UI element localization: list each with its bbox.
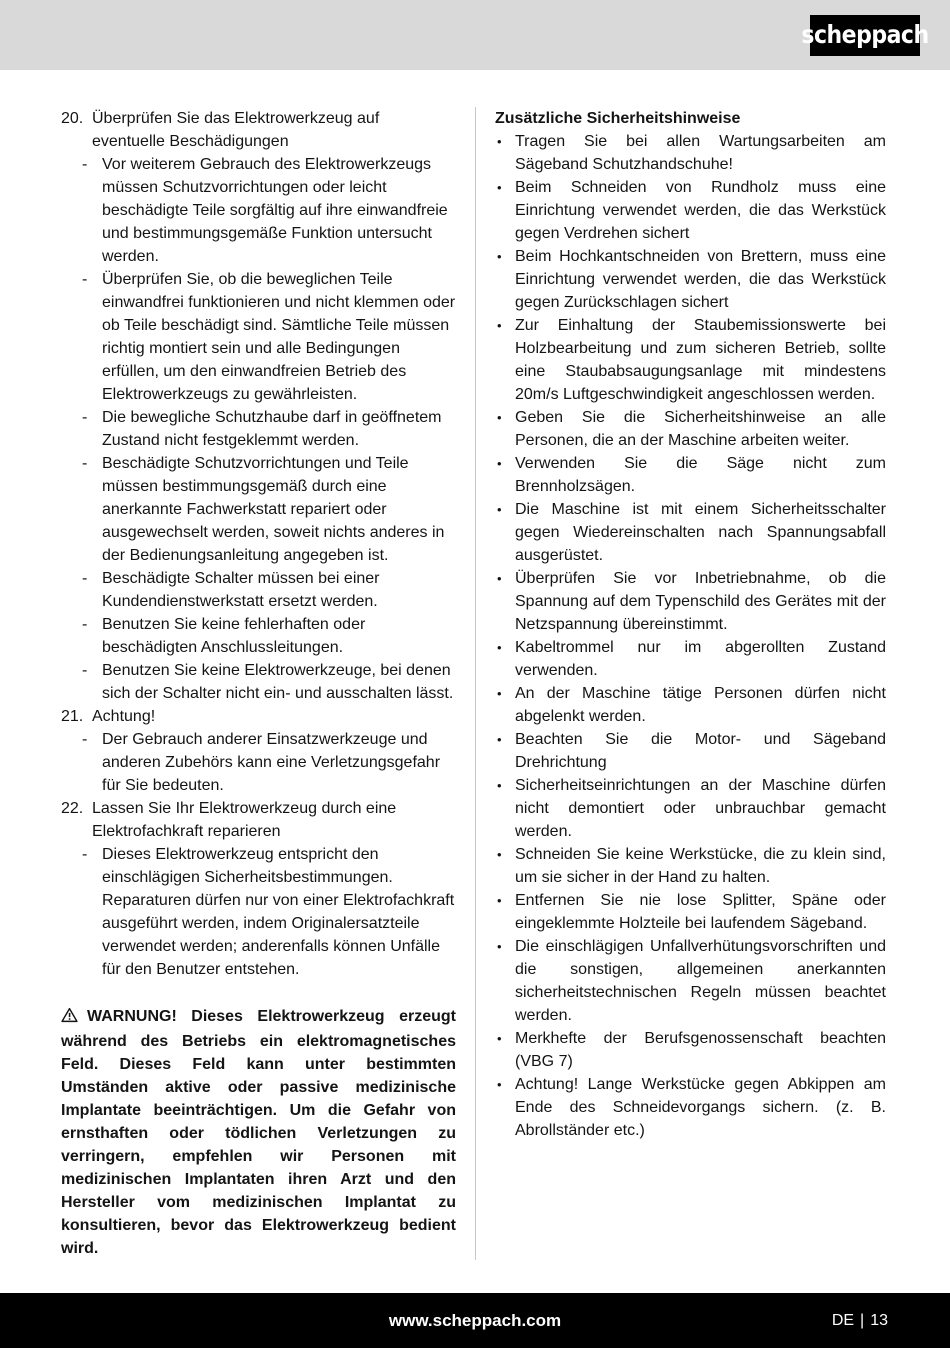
bullet-marker: •	[495, 774, 515, 843]
bullet-item: •Überprüfen Sie vor Inbetriebnahme, ob d…	[495, 567, 886, 636]
warning-text: WARNUNG! Dieses Elektrowerkzeug erzeugt …	[61, 1008, 456, 1257]
bullet-item: •Tragen Sie bei allen Wartungsarbeiten a…	[495, 130, 886, 176]
sub-item: -Beschädigte Schutzvorrichtungen und Tei…	[82, 452, 456, 567]
sub-item: -Überprüfen Sie, ob die beweglichen Teil…	[82, 268, 456, 406]
footer-page-indicator: DE | 13	[832, 1293, 888, 1348]
bullet-marker: •	[495, 728, 515, 774]
dash-marker: -	[82, 728, 102, 797]
sub-item-text: Benutzen Sie keine Elektrowerkzeuge, bei…	[102, 659, 456, 705]
sub-item-text: Benutzen Sie keine fehlerhaften oder bes…	[102, 613, 456, 659]
sub-item: -Vor weiterem Gebrauch des Elektrowerkze…	[82, 153, 456, 268]
numbered-item-row: 22.Lassen Sie Ihr Elektrowerkzeug durch …	[61, 797, 456, 843]
bullet-list: •Tragen Sie bei allen Wartungsarbeiten a…	[495, 130, 886, 1142]
sub-item-text: Dieses Elektrowerkzeug entspricht den ei…	[102, 843, 456, 981]
bullet-item: •Achtung! Lange Werkstücke gegen Abkippe…	[495, 1073, 886, 1142]
numbered-item-row: 20.Überprüfen Sie das Elektrowerkzeug au…	[61, 107, 456, 153]
dash-marker: -	[82, 452, 102, 567]
sub-item-text: Die bewegliche Schutzhaube darf in geöff…	[102, 406, 456, 452]
bullet-item: •Merkhefte der Berufsgenossenschaft beac…	[495, 1027, 886, 1073]
bullet-item: •An der Maschine tätige Personen dürfen …	[495, 682, 886, 728]
sub-item: -Beschädigte Schalter müssen bei einer K…	[82, 567, 456, 613]
warning-triangle-icon	[61, 1007, 78, 1030]
sub-item: -Dieses Elektrowerkzeug entspricht den e…	[82, 843, 456, 981]
bullet-text: Beachten Sie die Motor- und Sägeband Dre…	[515, 728, 886, 774]
bullet-marker: •	[495, 130, 515, 176]
scheppach-logo-text: scheppach	[801, 21, 928, 50]
bullet-item: •Sicherheitseinrichtungen an der Maschin…	[495, 774, 886, 843]
bullet-text: Geben Sie die Sicherheitshinweise an all…	[515, 406, 886, 452]
manual-page: scheppach 20.Überprüfen Sie das Elektrow…	[0, 0, 950, 1348]
bullet-text: Verwenden Sie die Säge nicht zum Brennho…	[515, 452, 886, 498]
bullet-text: Schneiden Sie keine Werkstücke, die zu k…	[515, 843, 886, 889]
bullet-marker: •	[495, 889, 515, 935]
bullet-marker: •	[495, 498, 515, 567]
sub-item: -Benutzen Sie keine Elektrowerkzeuge, be…	[82, 659, 456, 705]
footer-bar: www.scheppach.com DE | 13	[0, 1293, 950, 1348]
bullet-text: Überprüfen Sie vor Inbetriebnahme, ob di…	[515, 567, 886, 636]
sub-item: -Benutzen Sie keine fehlerhaften oder be…	[82, 613, 456, 659]
bullet-marker: •	[495, 935, 515, 1027]
bullet-item: •Die Maschine ist mit einem Sicherheitss…	[495, 498, 886, 567]
bullet-marker: •	[495, 452, 515, 498]
dash-marker: -	[82, 613, 102, 659]
bullet-text: Tragen Sie bei allen Wartungsarbeiten am…	[515, 130, 886, 176]
footer-separator: |	[860, 1312, 864, 1330]
numbered-item: 20.Überprüfen Sie das Elektrowerkzeug au…	[61, 107, 456, 705]
bullet-item: •Beim Schneiden von Rundholz muss eine E…	[495, 176, 886, 245]
sub-item-text: Überprüfen Sie, ob die beweglichen Teile…	[102, 268, 456, 406]
left-column: 20.Überprüfen Sie das Elektrowerkzeug au…	[61, 107, 456, 1260]
bullet-text: Die einschlägigen Unfallverhütungsvorsch…	[515, 935, 886, 1027]
dash-marker: -	[82, 567, 102, 613]
sub-item-text: Der Gebrauch anderer Einsatzwerkzeuge un…	[102, 728, 456, 797]
bullet-text: Achtung! Lange Werkstücke gegen Abkippen…	[515, 1073, 886, 1142]
bullet-marker: •	[495, 245, 515, 314]
warning-paragraph: WARNUNG! Dieses Elektrowerkzeug erzeugt …	[61, 1005, 456, 1260]
numbered-list: 20.Überprüfen Sie das Elektrowerkzeug au…	[61, 107, 456, 981]
bullet-text: Beim Schneiden von Rundholz muss eine Ei…	[515, 176, 886, 245]
dash-marker: -	[82, 843, 102, 981]
dash-marker: -	[82, 659, 102, 705]
item-number: 20.	[61, 107, 92, 153]
bullet-item: •Schneiden Sie keine Werkstücke, die zu …	[495, 843, 886, 889]
bullet-text: Zur Einhaltung der Staubemissionswerte b…	[515, 314, 886, 406]
bullet-text: Sicherheitseinrichtungen an der Maschine…	[515, 774, 886, 843]
bullet-item: •Beim Hochkantschneiden von Brettern, mu…	[495, 245, 886, 314]
sub-item-text: Beschädigte Schalter müssen bei einer Ku…	[102, 567, 456, 613]
page-content: 20.Überprüfen Sie das Elektrowerkzeug au…	[0, 70, 950, 1260]
bullet-item: •Entfernen Sie nie lose Splitter, Späne …	[495, 889, 886, 935]
bullet-item: •Verwenden Sie die Säge nicht zum Brennh…	[495, 452, 886, 498]
dash-marker: -	[82, 153, 102, 268]
item-title: Überprüfen Sie das Elektrowerkzeug auf e…	[92, 107, 456, 153]
bullet-text: An der Maschine tätige Personen dürfen n…	[515, 682, 886, 728]
bullet-marker: •	[495, 1027, 515, 1073]
bullet-marker: •	[495, 682, 515, 728]
numbered-item-row: 21.Achtung!	[61, 705, 456, 728]
scheppach-logo: scheppach	[810, 15, 920, 56]
footer-page-number: 13	[870, 1312, 888, 1330]
item-title: Achtung!	[92, 705, 456, 728]
bullet-text: Kabeltrommel nur im abgerollten Zustand …	[515, 636, 886, 682]
item-number: 22.	[61, 797, 92, 843]
section-heading: Zusätzliche Sicherheitshinweise	[495, 107, 886, 130]
bullet-item: •Beachten Sie die Motor- und Sägeband Dr…	[495, 728, 886, 774]
right-column: Zusätzliche Sicherheitshinweise •Tragen …	[495, 107, 886, 1260]
bullet-text: Merkhefte der Berufsgenossenschaft beach…	[515, 1027, 886, 1073]
bullet-marker: •	[495, 406, 515, 452]
bullet-text: Beim Hochkantschneiden von Brettern, mus…	[515, 245, 886, 314]
sub-item: -Der Gebrauch anderer Einsatzwerkzeuge u…	[82, 728, 456, 797]
footer-language: DE	[832, 1312, 854, 1330]
bullet-item: •Zur Einhaltung der Staubemissionswerte …	[495, 314, 886, 406]
bullet-marker: •	[495, 636, 515, 682]
sub-item: -Die bewegliche Schutzhaube darf in geöf…	[82, 406, 456, 452]
column-divider	[475, 107, 476, 1260]
sub-item-text: Vor weiterem Gebrauch des Elektrowerkzeu…	[102, 153, 456, 268]
bullet-item: •Geben Sie die Sicherheitshinweise an al…	[495, 406, 886, 452]
footer-website: www.scheppach.com	[389, 1311, 561, 1331]
numbered-item: 21.Achtung!-Der Gebrauch anderer Einsatz…	[61, 705, 456, 797]
bullet-text: Die Maschine ist mit einem Sicherheitssc…	[515, 498, 886, 567]
sub-item-text: Beschädigte Schutzvorrichtungen und Teil…	[102, 452, 456, 567]
dash-marker: -	[82, 268, 102, 406]
item-title: Lassen Sie Ihr Elektrowerkzeug durch ein…	[92, 797, 456, 843]
bullet-marker: •	[495, 1073, 515, 1142]
bullet-text: Entfernen Sie nie lose Splitter, Späne o…	[515, 889, 886, 935]
bullet-marker: •	[495, 314, 515, 406]
header-bar: scheppach	[0, 0, 950, 70]
dash-marker: -	[82, 406, 102, 452]
bullet-item: •Kabeltrommel nur im abgerollten Zustand…	[495, 636, 886, 682]
numbered-item: 22.Lassen Sie Ihr Elektrowerkzeug durch …	[61, 797, 456, 981]
bullet-marker: •	[495, 567, 515, 636]
item-number: 21.	[61, 705, 92, 728]
bullet-item: •Die einschlägigen Unfallverhütungsvorsc…	[495, 935, 886, 1027]
bullet-marker: •	[495, 843, 515, 889]
bullet-marker: •	[495, 176, 515, 245]
